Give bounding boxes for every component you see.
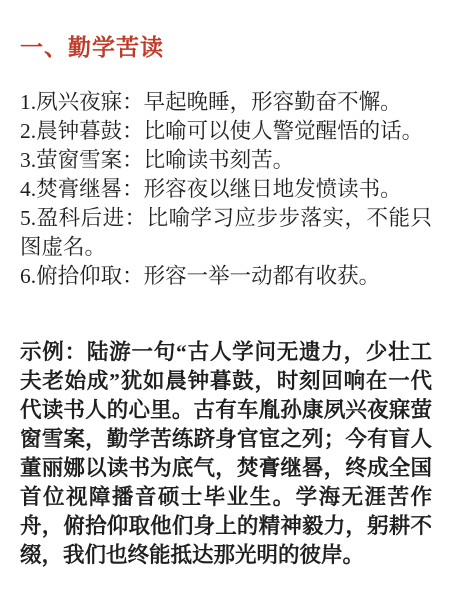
list-item: 4.焚膏继晷：形容夜以继日地发愤读书。 [20,175,432,204]
idiom-term: 1.夙兴夜寐： [20,90,144,114]
list-item: 3.萤窗雪案：比喻读书刻苦。 [20,146,432,175]
idiom-definition: 早起晚睡，形容勤奋不懈。 [144,90,402,114]
section-heading: 一、勤学苦读 [20,36,432,60]
document-page: 一、勤学苦读 1.夙兴夜寐：早起晚睡，形容勤奋不懈。 2.晨钟暮鼓：比喻可以使人… [0,0,449,600]
example-paragraph: 示例：陆游一句“古人学问无遗力，少壮工夫老始成”犹如晨钟暮鼓，时刻回响在一代代读… [20,338,432,570]
list-item: 1.夙兴夜寐：早起晚睡，形容勤奋不懈。 [20,88,432,117]
list-item: 2.晨钟暮鼓：比喻可以使人警觉醒悟的话。 [20,117,432,146]
list-item: 6.俯拾仰取：形容一举一动都有收获。 [20,262,432,291]
idiom-term: 2.晨钟暮鼓： [20,119,144,143]
idiom-term: 4.焚膏继晷： [20,177,144,201]
idiom-list: 1.夙兴夜寐：早起晚睡，形容勤奋不懈。 2.晨钟暮鼓：比喻可以使人警觉醒悟的话。… [20,88,432,291]
idiom-term: 6.俯拾仰取： [20,264,144,288]
example-text: 陆游一句“古人学问无遗力，少壮工夫老始成”犹如晨钟暮鼓，时刻回响在一代代读书人的… [20,340,432,567]
list-item: 5.盈科后进：比喻学习应步步落实，不能只图虚名。 [20,204,432,262]
idiom-term: 3.萤窗雪案： [20,148,144,172]
example-label: 示例： [20,340,87,364]
idiom-definition: 形容一举一动都有收获。 [144,264,381,288]
idiom-definition: 比喻读书刻苦。 [144,148,295,172]
idiom-definition: 形容夜以继日地发愤读书。 [144,177,402,201]
idiom-term: 5.盈科后进： [20,206,147,230]
idiom-definition: 比喻可以使人警觉醒悟的话。 [144,119,424,143]
